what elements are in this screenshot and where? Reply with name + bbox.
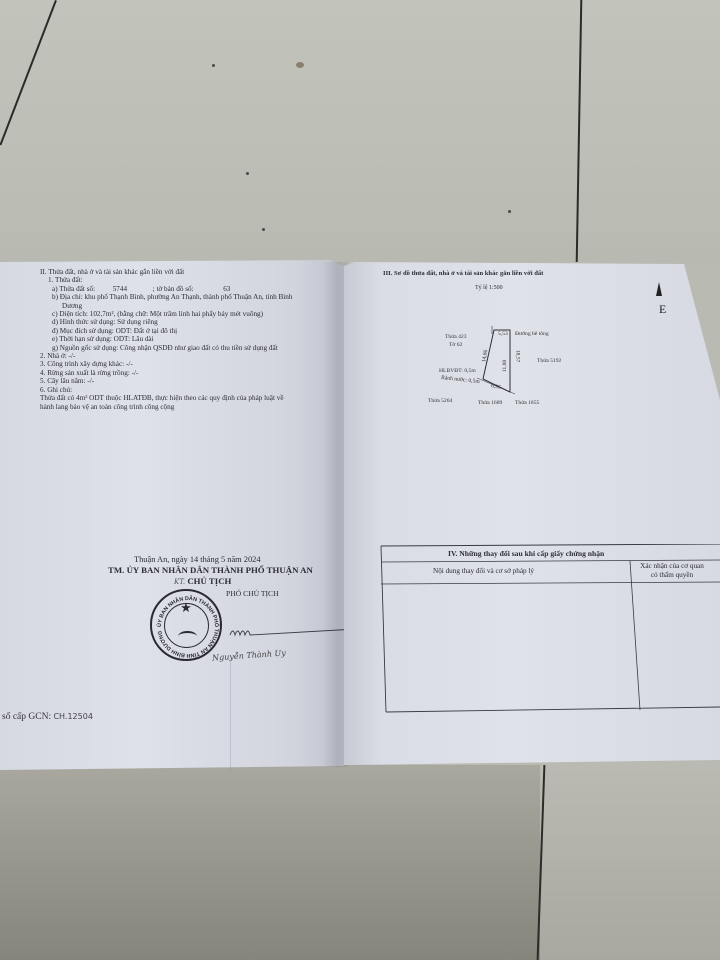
notes-line-2: hành lang bảo vệ an toàn công trình công… xyxy=(40,403,340,411)
floor-speck xyxy=(508,210,511,213)
other-construction-line: 3. Công trình xây dựng khác: -/- xyxy=(40,360,340,368)
changes-table: IV. Những thay đổi sau khi cấp giấy chứn… xyxy=(378,544,720,714)
vice-chairman-role: PHÓ CHỦ TỊCH xyxy=(226,589,279,598)
neighbor-map-sheet-62: Tờ 62 xyxy=(449,342,462,348)
floor-tiles-bottom xyxy=(0,765,720,960)
issuing-authority: TM. ỦY BAN NHÂN DÂN THÀNH PHỐ THUẬN AN xyxy=(108,565,313,575)
compass-label: E xyxy=(659,302,666,317)
edge-label-right: 18,57 xyxy=(514,350,520,363)
floor-stain xyxy=(296,62,304,68)
road-label: Đường bê tông xyxy=(515,331,549,337)
gcn-label: số cấp GCN: xyxy=(2,712,51,722)
planted-forest-line: 4. Rừng sản xuất là rừng trồng: -/- xyxy=(40,369,340,377)
parcel-number: 5744 xyxy=(113,285,127,293)
gcn-number: CH.12504 xyxy=(53,712,92,721)
official-seal: ỦY BAN NHÂN DÂN THÀNH PHỐ THUẬN AN TỈNH … xyxy=(150,589,222,661)
notes-heading: 6. Ghi chú: xyxy=(40,386,340,394)
section-iii-title: III. Sơ đồ thửa đất, nhà ở và tài sản kh… xyxy=(383,270,543,278)
floor-speck xyxy=(212,64,215,67)
north-arrow-icon xyxy=(656,282,662,296)
column-header-confirmation-line2: có thẩm quyền xyxy=(651,571,693,579)
parcel-label: a) Thửa đất số: xyxy=(52,285,95,293)
floor-speck xyxy=(246,172,249,175)
neighbor-parcel-5264: Thửa 5264 xyxy=(428,398,452,404)
neighbor-parcel-423: Thửa 423 xyxy=(445,334,467,340)
parcel-line: a) Thửa đất số: 5744 ; tờ bản đồ số: 63 xyxy=(40,285,340,293)
area-line: c) Diện tích: 102,7m², (bằng chữ: Một tr… xyxy=(40,310,340,318)
gcn-issue-number: số cấp GCN: CH.12504 xyxy=(2,712,93,722)
chairman-title: CHỦ TỊCH xyxy=(187,576,231,586)
issue-date: Thuận An, ngày 14 tháng 5 năm 2024 xyxy=(134,555,261,564)
notes-line-1: Thửa đất có 4m² ODT thuộc HLATĐB, thực h… xyxy=(40,394,340,402)
safety-corridor-label: HLBVĐT: 0,5m xyxy=(439,368,476,374)
address-line-2: Dương xyxy=(40,302,340,310)
section-ii-title: II. Thửa đất, nhà ở và tài sản khác gắn … xyxy=(40,268,340,276)
edge-label-right-inner: 11,88 xyxy=(502,360,508,372)
land-heading: 1. Thửa đất: xyxy=(40,276,340,284)
floor-tile-right xyxy=(540,765,720,960)
paper-crease xyxy=(230,660,231,770)
map-scale: Tỷ lệ 1:500 xyxy=(475,284,503,292)
perennial-trees-line: 5. Cây lâu năm: -/- xyxy=(40,377,340,385)
floor-speck xyxy=(262,228,265,231)
usage-purpose-line: đ) Mục đích sử dụng: ODT: Đất ở tại đô t… xyxy=(40,327,340,335)
column-header-confirmation: Xác nhận của cơ quan có thẩm quyền xyxy=(626,562,718,580)
usage-origin-line: g) Nguồn gốc sử dụng: Công nhận QSDĐ như… xyxy=(40,344,340,352)
gear-emblem-icon xyxy=(178,631,197,642)
signature-scrawl xyxy=(228,625,358,641)
column-header-changes: Nội dung thay đổi và cơ sở pháp lý xyxy=(433,567,534,575)
edge-label-top: 5,53 xyxy=(498,331,508,337)
parcel-diagram: 5,53 Đường bê tông Thửa 423 Tờ 62 14,86 … xyxy=(415,320,595,415)
column-header-confirmation-line1: Xác nhận của cơ quan xyxy=(640,562,704,570)
usage-form-line: d) Hình thức sử dụng: Sử dụng riêng xyxy=(40,318,340,326)
signer-title: KT. CHỦ TỊCH xyxy=(174,576,231,586)
usage-term-line: e) Thời hạn sử dụng: ODT: Lâu dài xyxy=(40,335,340,343)
neighbor-parcel-1689: Thửa 1689 xyxy=(478,400,502,406)
star-emblem-icon: ★ xyxy=(152,600,220,616)
map-sheet-number: 63 xyxy=(223,285,230,293)
map-sheet-label: ; tờ bản đồ số: xyxy=(153,285,194,293)
house-line: 2. Nhà ở: -/- xyxy=(40,352,340,360)
floor-tiles-top xyxy=(0,0,720,262)
neighbor-parcel-1855: Thửa 1855 xyxy=(515,400,539,406)
changes-table-title: IV. Những thay đổi sau khi cấp giấy chứn… xyxy=(448,549,604,558)
kt-handwritten: KT. xyxy=(174,578,185,586)
section-ii-land-info: II. Thửa đất, nhà ở và tài sản khác gắn … xyxy=(40,268,340,411)
address-line-1: b) Địa chỉ: khu phố Thạnh Bình, phường A… xyxy=(40,293,340,301)
neighbor-parcel-5192: Thửa 5192 xyxy=(537,358,561,364)
